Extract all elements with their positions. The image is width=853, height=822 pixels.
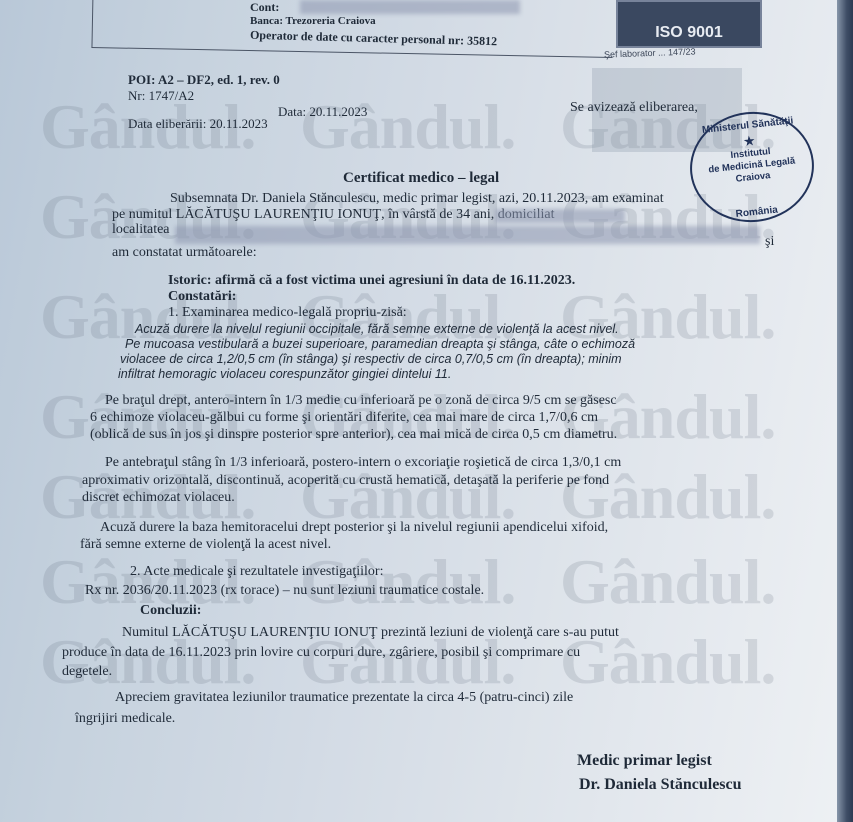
page-edge-shadow xyxy=(837,0,853,822)
document-title: Certificat medico – legal xyxy=(343,170,499,187)
poi-code: POI: A2 – DF2, ed. 1, rev. 0 xyxy=(128,72,280,88)
finding-line: Pe braţul drept, antero-intern în 1/3 me… xyxy=(105,393,617,409)
conclusion-line: produce în data de 16.11.2023 prin lovir… xyxy=(62,645,580,661)
finding-line: infiltrat hemoragic violaceu corespunzăt… xyxy=(118,367,451,381)
finding-line: discret echimozat violaceu. xyxy=(82,490,235,506)
iso-badge-text: ISO 9001 xyxy=(655,24,723,42)
cont-label: Cont: xyxy=(250,0,279,15)
document-page: Gândul. Gândul. Gândul. Gândul. Gândul. … xyxy=(0,0,853,822)
finding-line: Pe antebraţul stâng în 1/3 inferioară, p… xyxy=(105,455,621,471)
finding-line: Acuză durere la nivelul regiunii occipit… xyxy=(135,322,619,336)
intro-line: localitatea xyxy=(112,222,170,238)
signature-name: Dr. Daniela Stănculescu xyxy=(579,776,742,794)
finding-line: violacee de circa 1,2/0,5 cm (în stânga)… xyxy=(120,352,622,366)
signature-role: Medic primar legist xyxy=(577,752,712,770)
finding-line: aproximativ orizontală, discontinuă, aco… xyxy=(82,473,609,489)
watermark: Gândul. xyxy=(300,545,515,619)
intro-line: am constatat următoarele: xyxy=(112,245,257,261)
finding-line: fără semne externe de violenţă la acest … xyxy=(80,537,331,553)
conclusions-heading: Concluzii: xyxy=(140,603,201,619)
document-number: Nr: 1747/A2 xyxy=(128,88,194,104)
intro-line: pe numitul LĂCĂTUŞU LAURENŢIU IONUŢ, în … xyxy=(112,207,554,223)
stamp-ring-bottom: România xyxy=(697,201,817,224)
finding-line: 6 echimoze violaceu-gălbui cu forme şi o… xyxy=(90,410,598,426)
iso-badge: ISO 9001 xyxy=(616,0,762,48)
redacted-account xyxy=(300,0,520,14)
history-statement: Istoric: afirmă că a fost victima unei a… xyxy=(168,273,575,289)
document-date: Data: 20.11.2023 xyxy=(278,104,367,120)
conclusion-line: degetele. xyxy=(62,664,112,680)
bank-line: Banca: Trezoreria Craiova xyxy=(250,15,376,27)
findings-heading: Constatări: xyxy=(168,289,236,305)
finding-line: (oblică de sus în jos şi dinspre posteri… xyxy=(90,427,617,443)
severity-line: îngrijiri medicale. xyxy=(75,711,175,727)
conclusion-line: Numitul LĂCĂTUŞU LAURENŢIU IONUŢ prezint… xyxy=(122,625,619,641)
release-date: Data eliberării: 20.11.2023 xyxy=(128,116,268,132)
redacted-address xyxy=(495,209,625,223)
finding-line: Pe mucoasa vestibulară a buzei superioar… xyxy=(125,337,635,351)
redacted-address xyxy=(175,226,760,244)
watermark: Gândul. xyxy=(560,545,775,619)
release-approval: Se avizează eliberarea, xyxy=(570,100,698,116)
watermark: Gândul. xyxy=(300,90,515,164)
section2-heading: 2. Acte medicale şi rezultatele investig… xyxy=(130,564,383,580)
xray-result: Rx nr. 2036/20.11.2023 (rx torace) – nu … xyxy=(85,583,484,599)
iso-subtext: Şef laborator ... 147/23 xyxy=(604,46,696,59)
intro-line: Subsemnata Dr. Daniela Stănculescu, medi… xyxy=(170,191,664,207)
finding-line: Acuză durere la baza hemitoracelui drept… xyxy=(100,520,608,536)
severity-line: Apreciem gravitatea leziunilor traumatic… xyxy=(115,690,573,706)
institute-stamp: Ministerul Sănătăţii ★ Institutul de Med… xyxy=(685,106,820,228)
section1-heading: 1. Examinarea medico-legală propriu-zisă… xyxy=(168,305,407,321)
intro-line: şi xyxy=(765,234,774,250)
